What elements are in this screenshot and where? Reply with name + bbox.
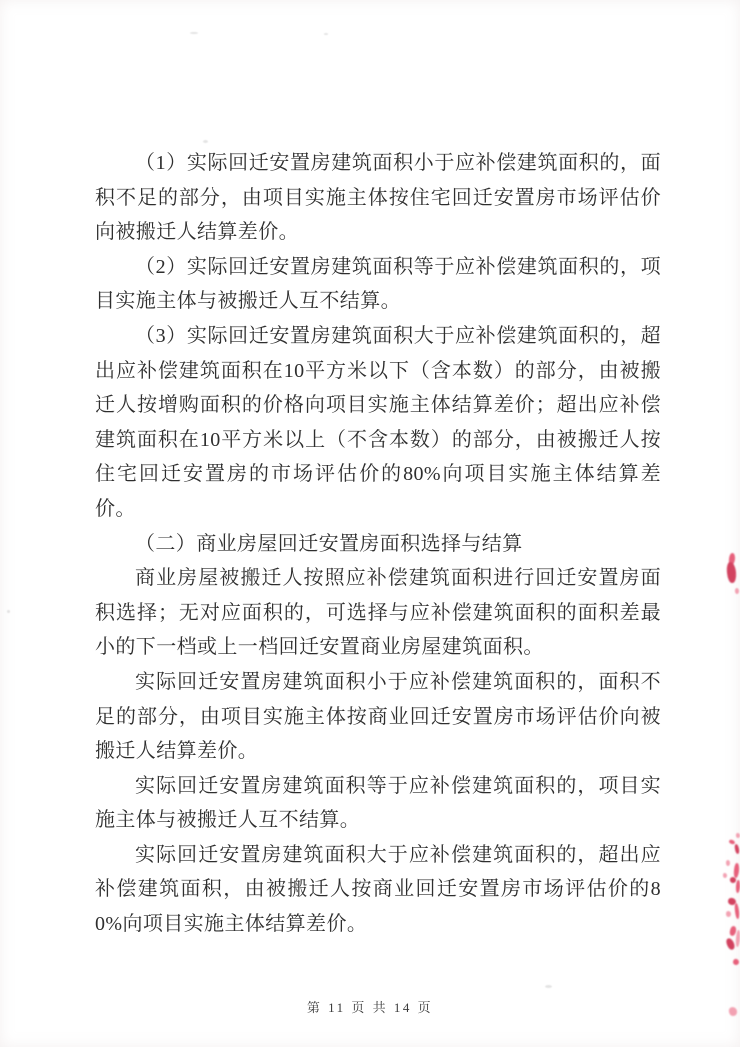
red-ink-artifact: [726, 562, 737, 584]
paragraph-1: （1）实际回迁安置房建筑面积小于应补偿建筑面积的，面积不足的部分，由项目实施主体…: [95, 146, 661, 250]
paragraph-2: （2）实际回迁安置房建筑面积等于应补偿建筑面积的，项目实施主体与被搬迁人互不结算…: [95, 250, 661, 319]
red-ink-artifact: [726, 911, 731, 917]
scan-speck: [203, 140, 208, 143]
paragraph-7: 实际回迁安置房建筑面积大于应补偿建筑面积的，超出应补偿建筑面积，由被搬迁人按商业…: [95, 838, 661, 942]
document-body: （1）实际回迁安置房建筑面积小于应补偿建筑面积的，面积不足的部分，由项目实施主体…: [95, 146, 661, 942]
section-heading: （二）商业房屋回迁安置房面积选择与结算: [95, 527, 661, 562]
paragraph-6: 实际回迁安置房建筑面积等于应补偿建筑面积的，项目实施主体与被搬迁人互不结算。: [95, 769, 661, 838]
paragraph-3: （3）实际回迁安置房建筑面积大于应补偿建筑面积的，超出应补偿建筑面积在10平方米…: [95, 319, 661, 527]
red-ink-artifact: [735, 588, 739, 594]
red-ink-artifact: [734, 844, 740, 855]
scan-speck: [545, 985, 552, 988]
page-number-footer: 第 11 页 共 14 页: [0, 997, 740, 1016]
red-ink-artifact: [734, 903, 740, 919]
red-ink-artifact: [736, 880, 740, 893]
red-ink-artifact: [725, 937, 736, 951]
red-ink-artifact: [723, 873, 727, 878]
scan-speck: [7, 610, 10, 613]
red-ink-artifact: [732, 958, 740, 966]
red-ink-artifact: [733, 863, 740, 878]
red-ink-artifact: [726, 860, 730, 866]
paragraph-5: 实际回迁安置房建筑面积小于应补偿建筑面积的，面积不足的部分，由项目实施主体按商业…: [95, 665, 661, 769]
paragraph-4: 商业房屋被搬迁人按照应补偿建筑面积进行回迁安置房面积选择；无对应面积的，可选择与…: [95, 561, 661, 665]
scan-speck: [324, 33, 328, 35]
red-ink-artifact: [735, 930, 740, 947]
document-page: （1）实际回迁安置房建筑面积小于应补偿建筑面积的，面积不足的部分，由项目实施主体…: [0, 0, 740, 1047]
red-ink-artifact: [736, 833, 740, 838]
scan-speck: [190, 32, 198, 34]
